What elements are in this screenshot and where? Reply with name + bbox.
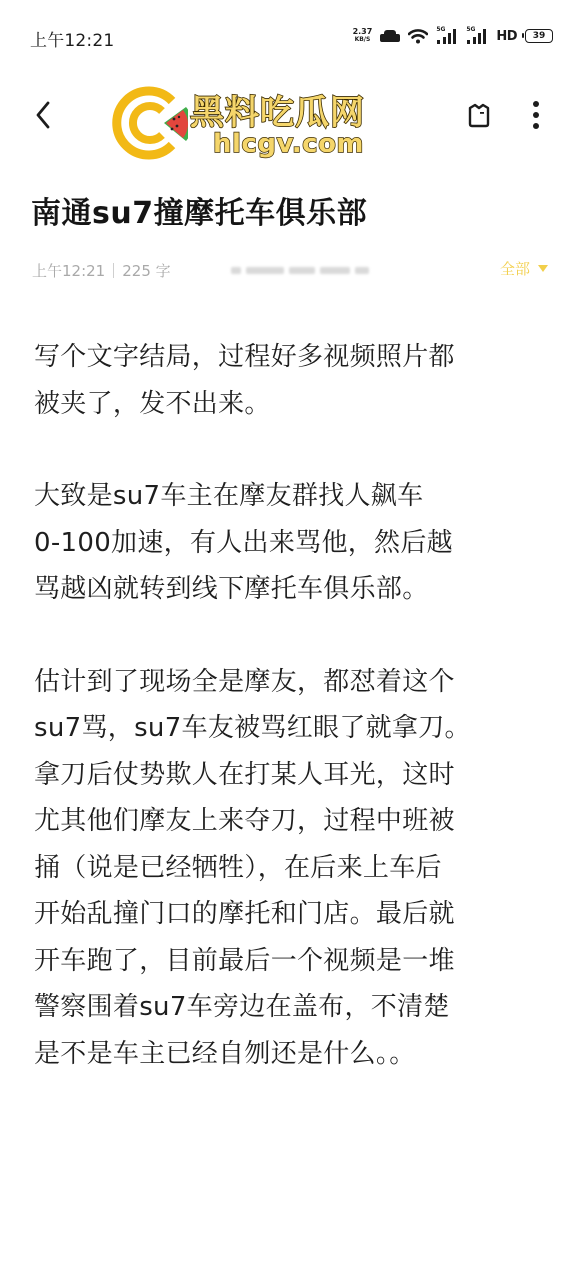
chevron-left-icon [34,100,52,130]
back-button[interactable] [28,97,58,133]
top-toolbar: 黑料吃瓜网 hlcgv.com [0,70,581,170]
network-speed: 2.37 KB/S [353,28,373,44]
paragraph-1: 写个文字结局，过程好多视频照片都 被夹了，发不出来。 [34,334,544,427]
car-icon [380,30,400,42]
network-speed-unit: KB/S [355,36,371,44]
body-line: 估计到了现场全是摩友，都怼着这个 [34,659,544,706]
network-speed-value: 2.37 [353,28,373,36]
body-line: 拿刀后仗势欺人在打某人耳光，这时 [34,752,544,799]
battery-level: 39 [533,31,546,41]
logo-icon [110,83,188,161]
note-edit-time: 上午12:21 [32,260,105,281]
more-vertical-icon [533,101,539,107]
body-line: 捅（说是已经牺牲），在后来上车后 [34,845,544,892]
body-line: 大致是su7车主在摩友群找人飙车 [34,473,544,520]
body-line: 开车跑了，目前最后一个视频是一堆 [34,938,544,985]
site-logo: 黑料吃瓜网 hlcgv.com [110,83,390,163]
body-line: 被夹了，发不出来。 [34,381,544,428]
wifi-icon [408,28,428,44]
body-line: 尤其他们摩友上来夺刀，过程中班被 [34,798,544,845]
body-line: 警察围着su7车旁边在盖布，不清楚 [34,984,544,1031]
note-meta: 上午12:21 225 字 全部 [32,258,552,282]
body-line: su7骂，su7车友被骂红眼了就拿刀。 [34,705,544,752]
dropdown-triangle-icon [538,265,548,272]
body-line: 0-100加速，有人出来骂他，然后越 [34,520,544,567]
logo-title: 黑料吃瓜网 [190,85,365,134]
signal-icon-sim2: 5G [466,27,488,45]
status-icons: 2.37 KB/S 5G 5G [353,26,553,46]
battery-icon: 39 [525,29,553,43]
meta-divider [113,263,114,278]
hd-icon: HD [496,29,517,44]
paragraph-3: 估计到了现场全是摩友，都怼着这个 su7骂，su7车友被骂红眼了就拿刀。 拿刀后… [34,659,544,1078]
signal-icon-sim1: 5G [436,27,458,45]
body-line: 写个文字结局，过程好多视频照片都 [34,334,544,381]
body-line: 是不是车主已经自刎还是什么。。 [34,1031,544,1078]
status-time: 上午12:21 [30,26,114,51]
folder-selector[interactable]: 全部 [500,258,548,279]
note-word-count: 225 字 [122,260,170,281]
tshirt-icon [465,101,493,129]
redacted-text [231,263,401,277]
body-line: 骂越凶就转到线下摩托车俱乐部。 [34,566,544,613]
paragraph-2: 大致是su7车主在摩友群找人飙车 0-100加速，有人出来骂他，然后越 骂越凶就… [34,473,544,613]
sim2-network-tag: 5G [466,26,475,33]
note-title[interactable]: 南通su7撞摩托车俱乐部 [31,188,367,232]
note-body[interactable]: 写个文字结局，过程好多视频照片都 被夹了，发不出来。 大致是su7车主在摩友群找… [34,334,544,1077]
body-line: 开始乱撞门口的摩托和门店。最后就 [34,891,544,938]
sim1-network-tag: 5G [436,26,445,33]
logo-domain: hlcgv.com [213,129,364,159]
status-bar: 上午12:21 2.37 KB/S 5G 5G [0,0,581,70]
folder-label: 全部 [500,258,530,279]
theme-button[interactable] [462,98,496,132]
more-options-button[interactable] [522,98,550,132]
